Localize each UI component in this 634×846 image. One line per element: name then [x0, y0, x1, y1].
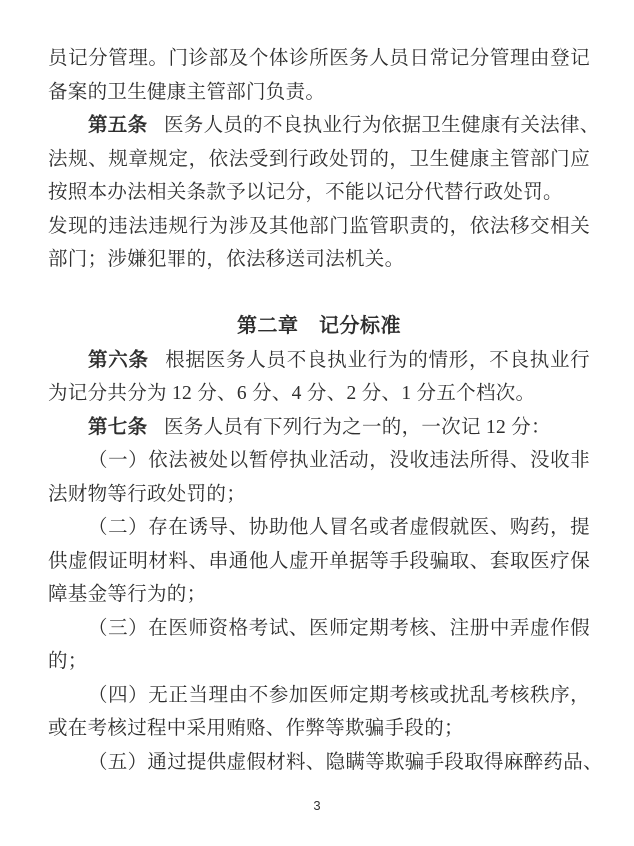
- item-2-line: （二）存在诱导、协助他人冒名或者虚假就医、购药，提: [48, 511, 590, 545]
- article-5-line: 第五条医务人员的不良执业行为依据卫生健康有关法律、: [48, 109, 590, 143]
- text-line: 员记分管理。门诊部及个体诊所医务人员日常记分管理由登记: [48, 42, 590, 76]
- article-text: 医务人员的不良执业行为依据卫生健康有关法律、: [164, 115, 600, 136]
- blank-line: [48, 277, 590, 311]
- text-line: 发现的违法违规行为涉及其他部门监管职责的，依法移交相关: [48, 210, 590, 244]
- text-line: 或在考核过程中采用贿赂、作弊等欺骗手段的；: [48, 712, 590, 746]
- text-line: 障基金等行为的；: [48, 578, 590, 612]
- text-line: 的；: [48, 645, 590, 679]
- text-line: 法财物等行政处罚的；: [48, 478, 590, 512]
- text-line: 备案的卫生健康主管部门负责。: [48, 76, 590, 110]
- chapter-heading: 第二章 记分标准: [48, 310, 590, 344]
- article-number: 第五条: [88, 114, 147, 136]
- article-text: 根据医务人员不良执业行为的情形，不良执业行: [165, 350, 590, 371]
- page-number: 3: [0, 795, 634, 817]
- document-page: { "document": { "background": "#ffffff",…: [0, 0, 634, 846]
- text-line: 部门；涉嫌犯罪的，依法移送司法机关。: [48, 243, 590, 277]
- item-5-line: （五）通过提供虚假材料、隐瞒等欺骗手段取得麻醉药品、: [48, 746, 590, 780]
- item-1-line: （一）依法被处以暂停执业活动，没收违法所得、没收非: [48, 444, 590, 478]
- document-body: 员记分管理。门诊部及个体诊所医务人员日常记分管理由登记 备案的卫生健康主管部门负…: [48, 42, 590, 779]
- item-3-line: （三）在医师资格考试、医师定期考核、注册中弄虚作假: [48, 612, 590, 646]
- article-6-line: 第六条根据医务人员不良执业行为的情形，不良执业行: [48, 344, 590, 378]
- article-text: 医务人员有下列行为之一的，一次记 12 分：: [164, 417, 551, 438]
- text-line: 为记分共分为 12 分、6 分、4 分、2 分、1 分五个档次。: [48, 377, 590, 411]
- text-line: 供虚假证明材料、串通他人虚开单据等手段骗取、套取医疗保: [48, 545, 590, 579]
- text-line: 按照本办法相关条款予以记分，不能以记分代替行政处罚。: [48, 176, 590, 210]
- item-4-line: （四）无正当理由不参加医师定期考核或扰乱考核秩序，: [48, 679, 590, 713]
- text-line: 法规、规章规定，依法受到行政处罚的，卫生健康主管部门应: [48, 143, 590, 177]
- article-7-line: 第七条医务人员有下列行为之一的，一次记 12 分：: [48, 411, 590, 445]
- article-number: 第六条: [88, 349, 149, 371]
- article-number: 第七条: [88, 416, 147, 438]
